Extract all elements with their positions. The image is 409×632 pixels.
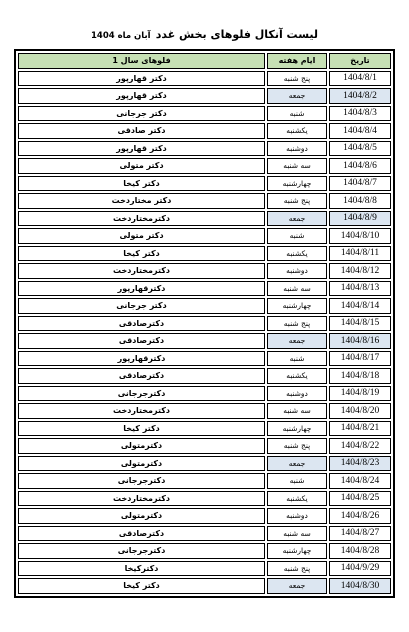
table-row: 1404/8/13سه شنبهدکترقهارپور <box>18 281 391 297</box>
date-cell: 1404/8/25 <box>329 491 391 507</box>
date-cell: 1404/8/21 <box>329 421 391 437</box>
fellow-cell: دکترمتولی <box>18 438 265 454</box>
fellow-cell: دکترمتولی <box>18 508 265 524</box>
oncall-schedule-table: تاریخ ایام هفته فلوهای سال 1 1404/8/1پنج… <box>14 49 395 598</box>
weekday-cell: سه شنبه <box>267 403 327 419</box>
fellow-cell: دکترجرجانی <box>18 386 265 402</box>
date-cell: 1404/8/19 <box>329 386 391 402</box>
weekday-cell: جمعه <box>267 211 327 227</box>
weekday-cell: شنبه <box>267 473 327 489</box>
weekday-cell: پنج شنبه <box>267 193 327 209</box>
fellow-cell: دکتر متولی <box>18 158 265 174</box>
table-row: 1404/8/24شنبهدکترجرجانی <box>18 473 391 489</box>
table-row: 1404/8/11یکشنبهدکتر کیخا <box>18 246 391 262</box>
table-row: 1404/8/27سه شنبهدکترصادقی <box>18 526 391 542</box>
fellow-cell: دکترکیخا <box>18 561 265 577</box>
date-cell: 1404/8/8 <box>329 193 391 209</box>
weekday-cell: سه شنبه <box>267 281 327 297</box>
fellow-cell: دکتر قهارپور <box>18 71 265 87</box>
table-row: 1404/8/22پنج شنبهدکترمتولی <box>18 438 391 454</box>
weekday-cell: یکشنبه <box>267 246 327 262</box>
weekday-cell: پنج شنبه <box>267 316 327 332</box>
table-row: 1404/8/8پنج شنبهدکتر مختاردخت <box>18 193 391 209</box>
fellow-cell: دکترقهارپور <box>18 281 265 297</box>
date-cell: 1404/8/30 <box>329 578 391 594</box>
weekday-cell: سه شنبه <box>267 526 327 542</box>
date-cell: 1404/8/12 <box>329 263 391 279</box>
date-cell: 1404/8/10 <box>329 228 391 244</box>
weekday-cell: یکشنبه <box>267 123 327 139</box>
fellow-cell: دکترصادقی <box>18 368 265 384</box>
table-row: 1404/8/9جمعهدکترمختاردخت <box>18 211 391 227</box>
table-row: 1404/8/21چهارشنبهدکتر کیخا <box>18 421 391 437</box>
table-row: 1404/8/20سه شنبهدکترمختاردخت <box>18 403 391 419</box>
weekday-cell: دوشنبه <box>267 263 327 279</box>
fellow-cell: دکتر جرجانی <box>18 298 265 314</box>
date-cell: 1404/8/2 <box>329 88 391 104</box>
weekday-cell: یکشنبه <box>267 491 327 507</box>
date-cell: 1404/8/4 <box>329 123 391 139</box>
weekday-cell: چهارشنبه <box>267 421 327 437</box>
header-weekday: ایام هفته <box>267 53 327 69</box>
date-cell: 1404/8/1 <box>329 71 391 87</box>
date-cell: 1404/8/23 <box>329 456 391 472</box>
weekday-cell: یکشنبه <box>267 368 327 384</box>
weekday-cell: شنبه <box>267 106 327 122</box>
date-cell: 1404/8/26 <box>329 508 391 524</box>
date-cell: 1404/8/16 <box>329 333 391 349</box>
date-cell: 1404/8/24 <box>329 473 391 489</box>
table-row: 1404/8/10شنبهدکتر متولی <box>18 228 391 244</box>
table-row: 1404/8/12دوشنبهدکترمختاردخت <box>18 263 391 279</box>
fellow-cell: دکترجرجانی <box>18 543 265 559</box>
table-row: 1404/8/3شنبهدکتر جرجانی <box>18 106 391 122</box>
date-cell: 1404/8/18 <box>329 368 391 384</box>
weekday-cell: شنبه <box>267 228 327 244</box>
fellow-cell: دکترصادقی <box>18 316 265 332</box>
fellow-cell: دکترمختاردخت <box>18 211 265 227</box>
fellow-cell: دکتر کیخا <box>18 421 265 437</box>
date-cell: 1404/8/14 <box>329 298 391 314</box>
date-cell: 1404/8/28 <box>329 543 391 559</box>
table-row: 1404/8/14چهارشنبهدکتر جرجانی <box>18 298 391 314</box>
date-cell: 1404/8/22 <box>329 438 391 454</box>
page-title: لیست آنکال فلوهای بخش غدد آبان ماه 1404 <box>0 0 409 42</box>
table-row: 1404/8/1پنج شنبهدکتر قهارپور <box>18 71 391 87</box>
fellow-cell: دکتر قهارپور <box>18 88 265 104</box>
fellow-cell: دکتر صادقی <box>18 123 265 139</box>
fellow-cell: دکتر قهارپور <box>18 141 265 157</box>
weekday-cell: جمعه <box>267 333 327 349</box>
weekday-cell: پنج شنبه <box>267 561 327 577</box>
fellow-cell: دکترمختاردخت <box>18 403 265 419</box>
table-row: 1404/8/30جمعهدکتر کیخا <box>18 578 391 594</box>
table-body: 1404/8/1پنج شنبهدکتر قهارپور1404/8/2جمعه… <box>18 71 391 594</box>
fellow-cell: دکترقهارپور <box>18 351 265 367</box>
fellow-cell: دکتر کیخا <box>18 246 265 262</box>
page-title-main: لیست آنکال فلوهای بخش غدد <box>156 28 318 41</box>
date-cell: 1404/8/15 <box>329 316 391 332</box>
table-row: 1404/8/25یکشنبهدکترمختاردخت <box>18 491 391 507</box>
date-cell: 1404/8/6 <box>329 158 391 174</box>
document-page: لیست آنکال فلوهای بخش غدد آبان ماه 1404 … <box>0 0 409 632</box>
date-cell: 1404/9/29 <box>329 561 391 577</box>
date-cell: 1404/8/20 <box>329 403 391 419</box>
fellow-cell: دکترمختاردخت <box>18 263 265 279</box>
fellow-cell: دکتر کیخا <box>18 176 265 192</box>
table-row: 1404/8/6سه شنبهدکتر متولی <box>18 158 391 174</box>
table-row: 1404/8/19دوشنبهدکترجرجانی <box>18 386 391 402</box>
weekday-cell: چهارشنبه <box>267 176 327 192</box>
date-cell: 1404/8/3 <box>329 106 391 122</box>
header-row: تاریخ ایام هفته فلوهای سال 1 <box>18 53 391 69</box>
table-row: 1404/8/18یکشنبهدکترصادقی <box>18 368 391 384</box>
weekday-cell: دوشنبه <box>267 141 327 157</box>
table-row: 1404/8/17شنبهدکترقهارپور <box>18 351 391 367</box>
weekday-cell: دوشنبه <box>267 508 327 524</box>
weekday-cell: پنج شنبه <box>267 71 327 87</box>
weekday-cell: دوشنبه <box>267 386 327 402</box>
weekday-cell: چهارشنبه <box>267 543 327 559</box>
header-fellows: فلوهای سال 1 <box>18 53 265 69</box>
table-row: 1404/9/29پنج شنبهدکترکیخا <box>18 561 391 577</box>
page-title-suffix: آبان ماه 1404 <box>91 31 151 41</box>
weekday-cell: سه شنبه <box>267 158 327 174</box>
date-cell: 1404/8/27 <box>329 526 391 542</box>
table-row: 1404/8/15پنج شنبهدکترصادقی <box>18 316 391 332</box>
fellow-cell: دکترجرجانی <box>18 473 265 489</box>
fellow-cell: دکتر جرجانی <box>18 106 265 122</box>
weekday-cell: شنبه <box>267 351 327 367</box>
date-cell: 1404/8/7 <box>329 176 391 192</box>
table-row: 1404/8/26دوشنبهدکترمتولی <box>18 508 391 524</box>
table-row: 1404/8/2جمعهدکتر قهارپور <box>18 88 391 104</box>
fellow-cell: دکترمختاردخت <box>18 491 265 507</box>
table-row: 1404/8/23جمعهدکترمتولی <box>18 456 391 472</box>
table-row: 1404/8/7چهارشنبهدکتر کیخا <box>18 176 391 192</box>
fellow-cell: دکترمتولی <box>18 456 265 472</box>
date-cell: 1404/8/13 <box>329 281 391 297</box>
weekday-cell: پنج شنبه <box>267 438 327 454</box>
weekday-cell: چهارشنبه <box>267 298 327 314</box>
fellow-cell: دکترصادقی <box>18 526 265 542</box>
table-row: 1404/8/5دوشنبهدکتر قهارپور <box>18 141 391 157</box>
date-cell: 1404/8/11 <box>329 246 391 262</box>
fellow-cell: دکتر مختاردخت <box>18 193 265 209</box>
weekday-cell: جمعه <box>267 456 327 472</box>
weekday-cell: جمعه <box>267 88 327 104</box>
table-row: 1404/8/16جمعهدکترصادقی <box>18 333 391 349</box>
table-row: 1404/8/28چهارشنبهدکترجرجانی <box>18 543 391 559</box>
fellow-cell: دکتر کیخا <box>18 578 265 594</box>
weekday-cell: جمعه <box>267 578 327 594</box>
header-date: تاریخ <box>329 53 391 69</box>
fellow-cell: دکتر متولی <box>18 228 265 244</box>
date-cell: 1404/8/5 <box>329 141 391 157</box>
table-row: 1404/8/4یکشنبهدکتر صادقی <box>18 123 391 139</box>
date-cell: 1404/8/17 <box>329 351 391 367</box>
fellow-cell: دکترصادقی <box>18 333 265 349</box>
date-cell: 1404/8/9 <box>329 211 391 227</box>
